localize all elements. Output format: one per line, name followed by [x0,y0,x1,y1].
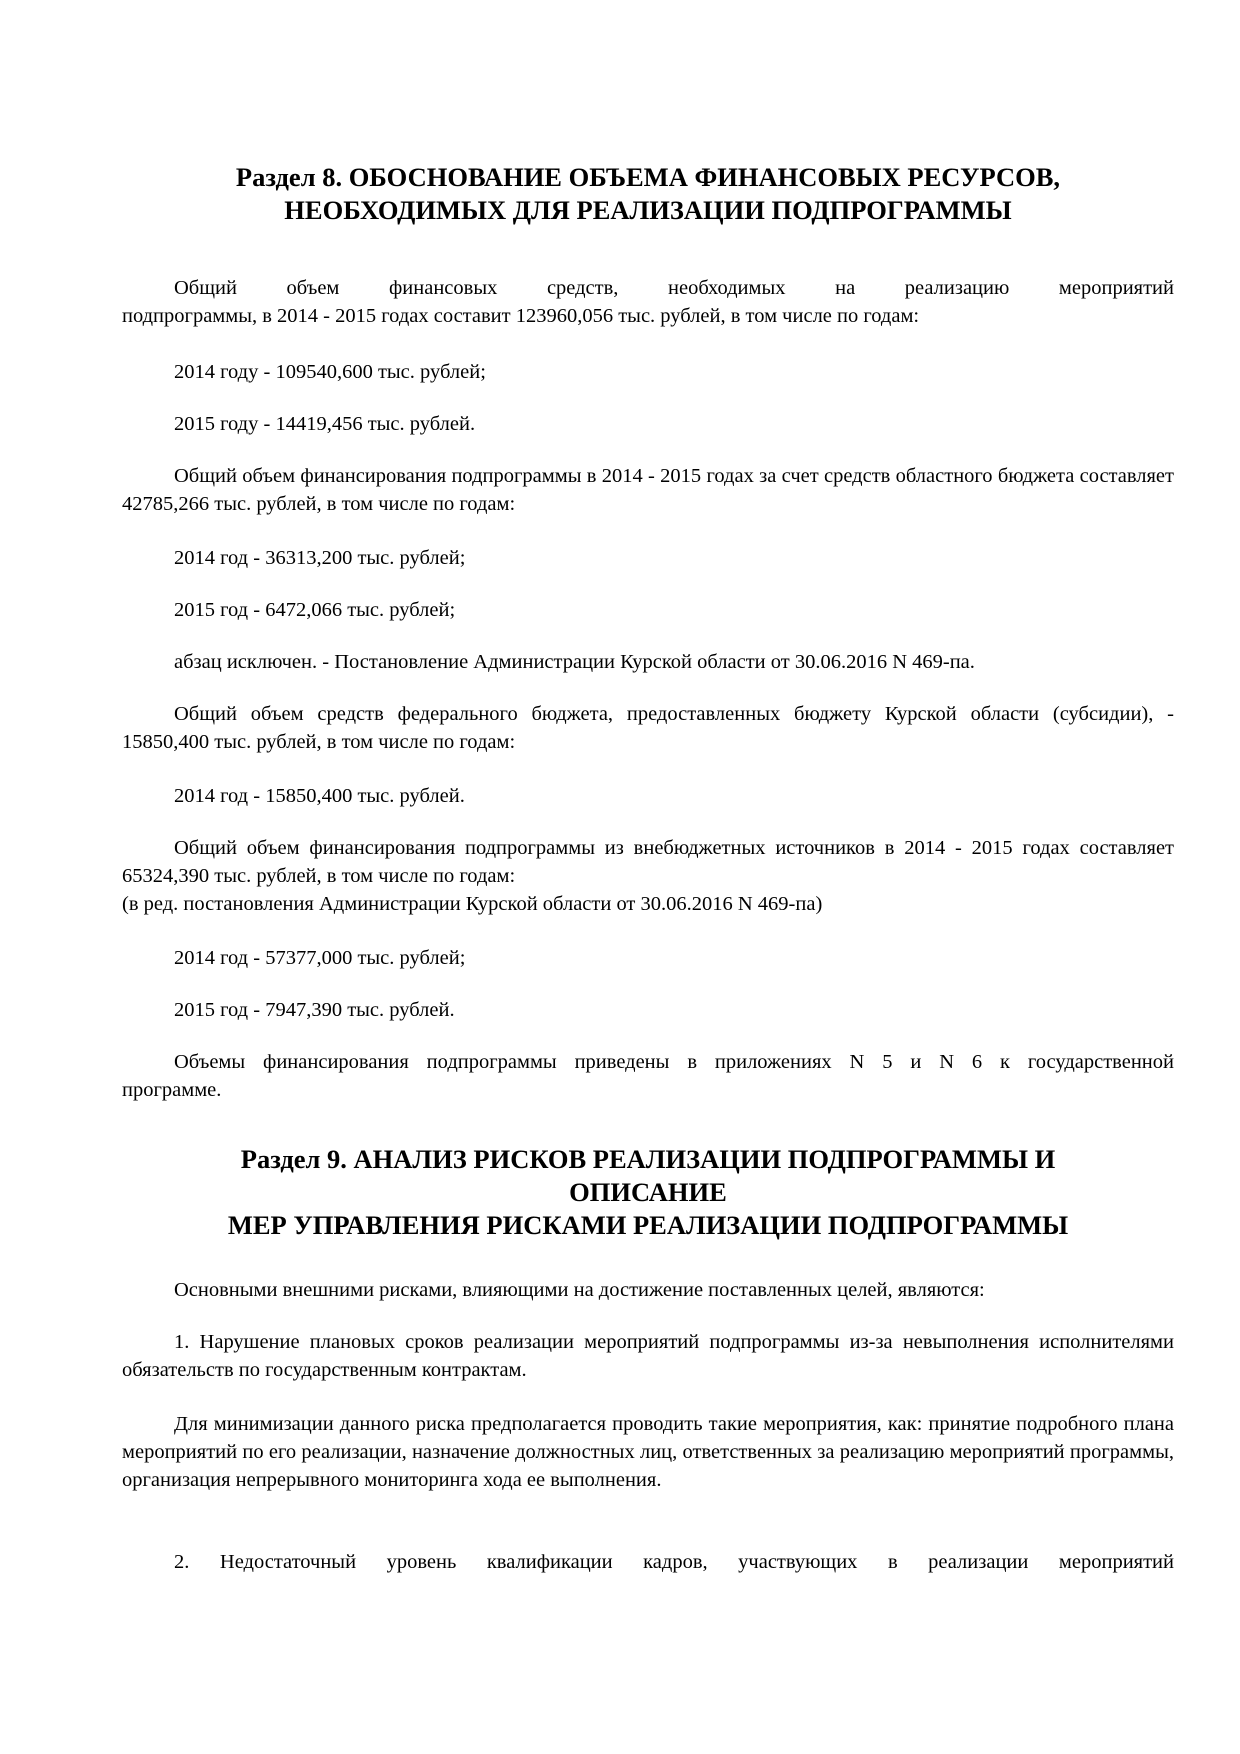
risk-1-mitigation-text: Для минимизации данного риска предполага… [122,1410,1174,1494]
risks-intro-text: Основными внешними рисками, влияющими на… [122,1276,1174,1304]
federal-budget-paragraph: Общий объем средств федерального бюджета… [122,700,1174,756]
extrabudgetary-2015-text: 2015 год - 7947,390 тыс. рублей. [122,996,1174,1024]
excluded-paragraph-text: абзац исключен. - Постановление Админист… [122,648,1174,676]
extrabudgetary-paragraph: Общий объем финансирования подпрограммы … [122,834,1174,918]
extrabudgetary-2014-text: 2014 год - 57377,000 тыс. рублей; [122,944,1174,972]
total-2015: 2015 году - 14419,456 тыс. рублей. [122,410,1174,438]
total-funding-line-1: Общий объем финансовых средств, необходи… [122,274,1174,302]
total-funding-paragraph: Общий объем финансовых средств, необходи… [122,274,1174,330]
section-9-heading: Раздел 9. АНАЛИЗ РИСКОВ РЕАЛИЗАЦИИ ПОДПР… [122,1143,1174,1242]
regional-budget-paragraph: Общий объем финансирования подпрограммы … [122,462,1174,518]
risk-1-paragraph: 1. Нарушение плановых сроков реализации … [122,1328,1174,1384]
federal-budget-text: Общий объем средств федерального бюджета… [122,700,1174,756]
appendix-reference-paragraph: Объемы финансирования подпрограммы приве… [122,1048,1174,1104]
section-9-title-line-2: ОПИСАНИЕ [122,1176,1174,1209]
document-page: Раздел 8. ОБОСНОВАНИЕ ОБЪЕМА ФИНАНСОВЫХ … [0,0,1240,1754]
risk-2-text: 2. Недостаточный уровень квалификации ка… [122,1548,1174,1576]
risk-2-paragraph: 2. Недостаточный уровень квалификации ка… [122,1548,1174,1576]
amendment-note: (в ред. постановления Администрации Курс… [122,890,1174,918]
risk-1-text: 1. Нарушение плановых сроков реализации … [122,1328,1174,1384]
total-funding-line-2: подпрограммы, в 2014 - 2015 годах состав… [122,302,1174,330]
regional-budget-text: Общий объем финансирования подпрограммы … [122,462,1174,518]
total-2015-text: 2015 году - 14419,456 тыс. рублей. [122,410,1174,438]
section-8-title-line-1: Раздел 8. ОБОСНОВАНИЕ ОБЪЕМА ФИНАНСОВЫХ … [122,161,1174,194]
regional-2014: 2014 год - 36313,200 тыс. рублей; [122,544,1174,572]
total-2014-text: 2014 году - 109540,600 тыс. рублей; [122,358,1174,386]
federal-2014: 2014 год - 15850,400 тыс. рублей. [122,782,1174,810]
regional-2015-text: 2015 год - 6472,066 тыс. рублей; [122,596,1174,624]
regional-2014-text: 2014 год - 36313,200 тыс. рублей; [122,544,1174,572]
section-8-title-line-2: НЕОБХОДИМЫХ ДЛЯ РЕАЛИЗАЦИИ ПОДПРОГРАММЫ [122,194,1174,227]
section-9-title-line-3: МЕР УПРАВЛЕНИЯ РИСКАМИ РЕАЛИЗАЦИИ ПОДПРО… [122,1209,1174,1242]
appendix-reference-text: Объемы финансирования подпрограммы приве… [122,1048,1174,1104]
risk-1-mitigation-paragraph: Для минимизации данного риска предполага… [122,1410,1174,1494]
extrabudgetary-2015: 2015 год - 7947,390 тыс. рублей. [122,996,1174,1024]
section-9-title-line-1: Раздел 9. АНАЛИЗ РИСКОВ РЕАЛИЗАЦИИ ПОДПР… [122,1143,1174,1176]
extrabudgetary-text: Общий объем финансирования подпрограммы … [122,834,1174,890]
section-8-heading: Раздел 8. ОБОСНОВАНИЕ ОБЪЕМА ФИНАНСОВЫХ … [122,161,1174,227]
federal-2014-text: 2014 год - 15850,400 тыс. рублей. [122,782,1174,810]
regional-2015: 2015 год - 6472,066 тыс. рублей; [122,596,1174,624]
excluded-paragraph: абзац исключен. - Постановление Админист… [122,648,1174,676]
risks-intro: Основными внешними рисками, влияющими на… [122,1276,1174,1304]
total-2014: 2014 году - 109540,600 тыс. рублей; [122,358,1174,386]
extrabudgetary-2014: 2014 год - 57377,000 тыс. рублей; [122,944,1174,972]
